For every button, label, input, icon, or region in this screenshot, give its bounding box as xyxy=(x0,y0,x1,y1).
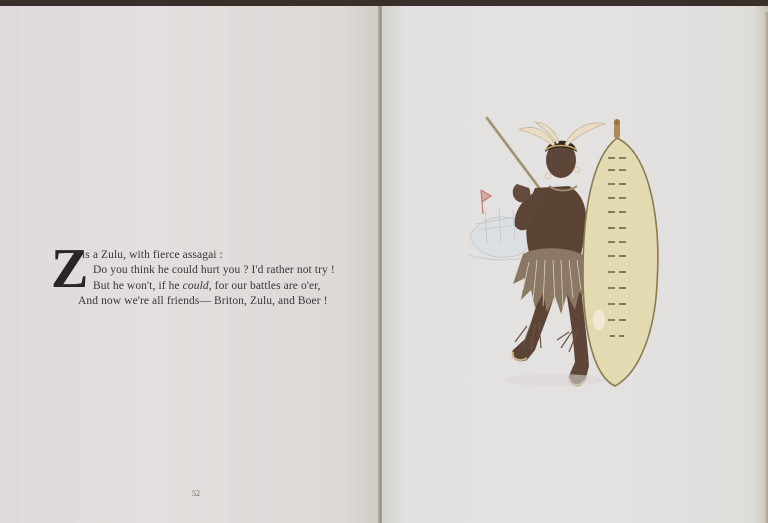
verse-line-4: And now we're all friends— Briton, Zulu,… xyxy=(78,294,328,308)
top-edge xyxy=(0,0,768,6)
verse-line-3-italic: could xyxy=(183,280,209,292)
book-spread: Z is a Zulu, with fierce assagai : Do yo… xyxy=(0,6,768,523)
verse-line-1: is a Zulu, with fierce assagai : xyxy=(82,248,223,262)
verse-line-3: But he won't, if he could, for our battl… xyxy=(93,279,321,293)
shield xyxy=(583,119,658,386)
verse-line-3-end: , for our battles are o'er, xyxy=(209,280,321,292)
flag-icon xyxy=(481,190,491,214)
earring xyxy=(545,173,551,179)
verse-line-2: Do you think he could hurt you ? I'd rat… xyxy=(93,263,335,277)
zulu-warrior-illustration xyxy=(465,114,675,404)
verse-line-3-start: But he won't, if he xyxy=(93,280,183,292)
page-number: 52 xyxy=(192,489,200,498)
left-page: Z is a Zulu, with fierce assagai : Do yo… xyxy=(0,6,380,523)
